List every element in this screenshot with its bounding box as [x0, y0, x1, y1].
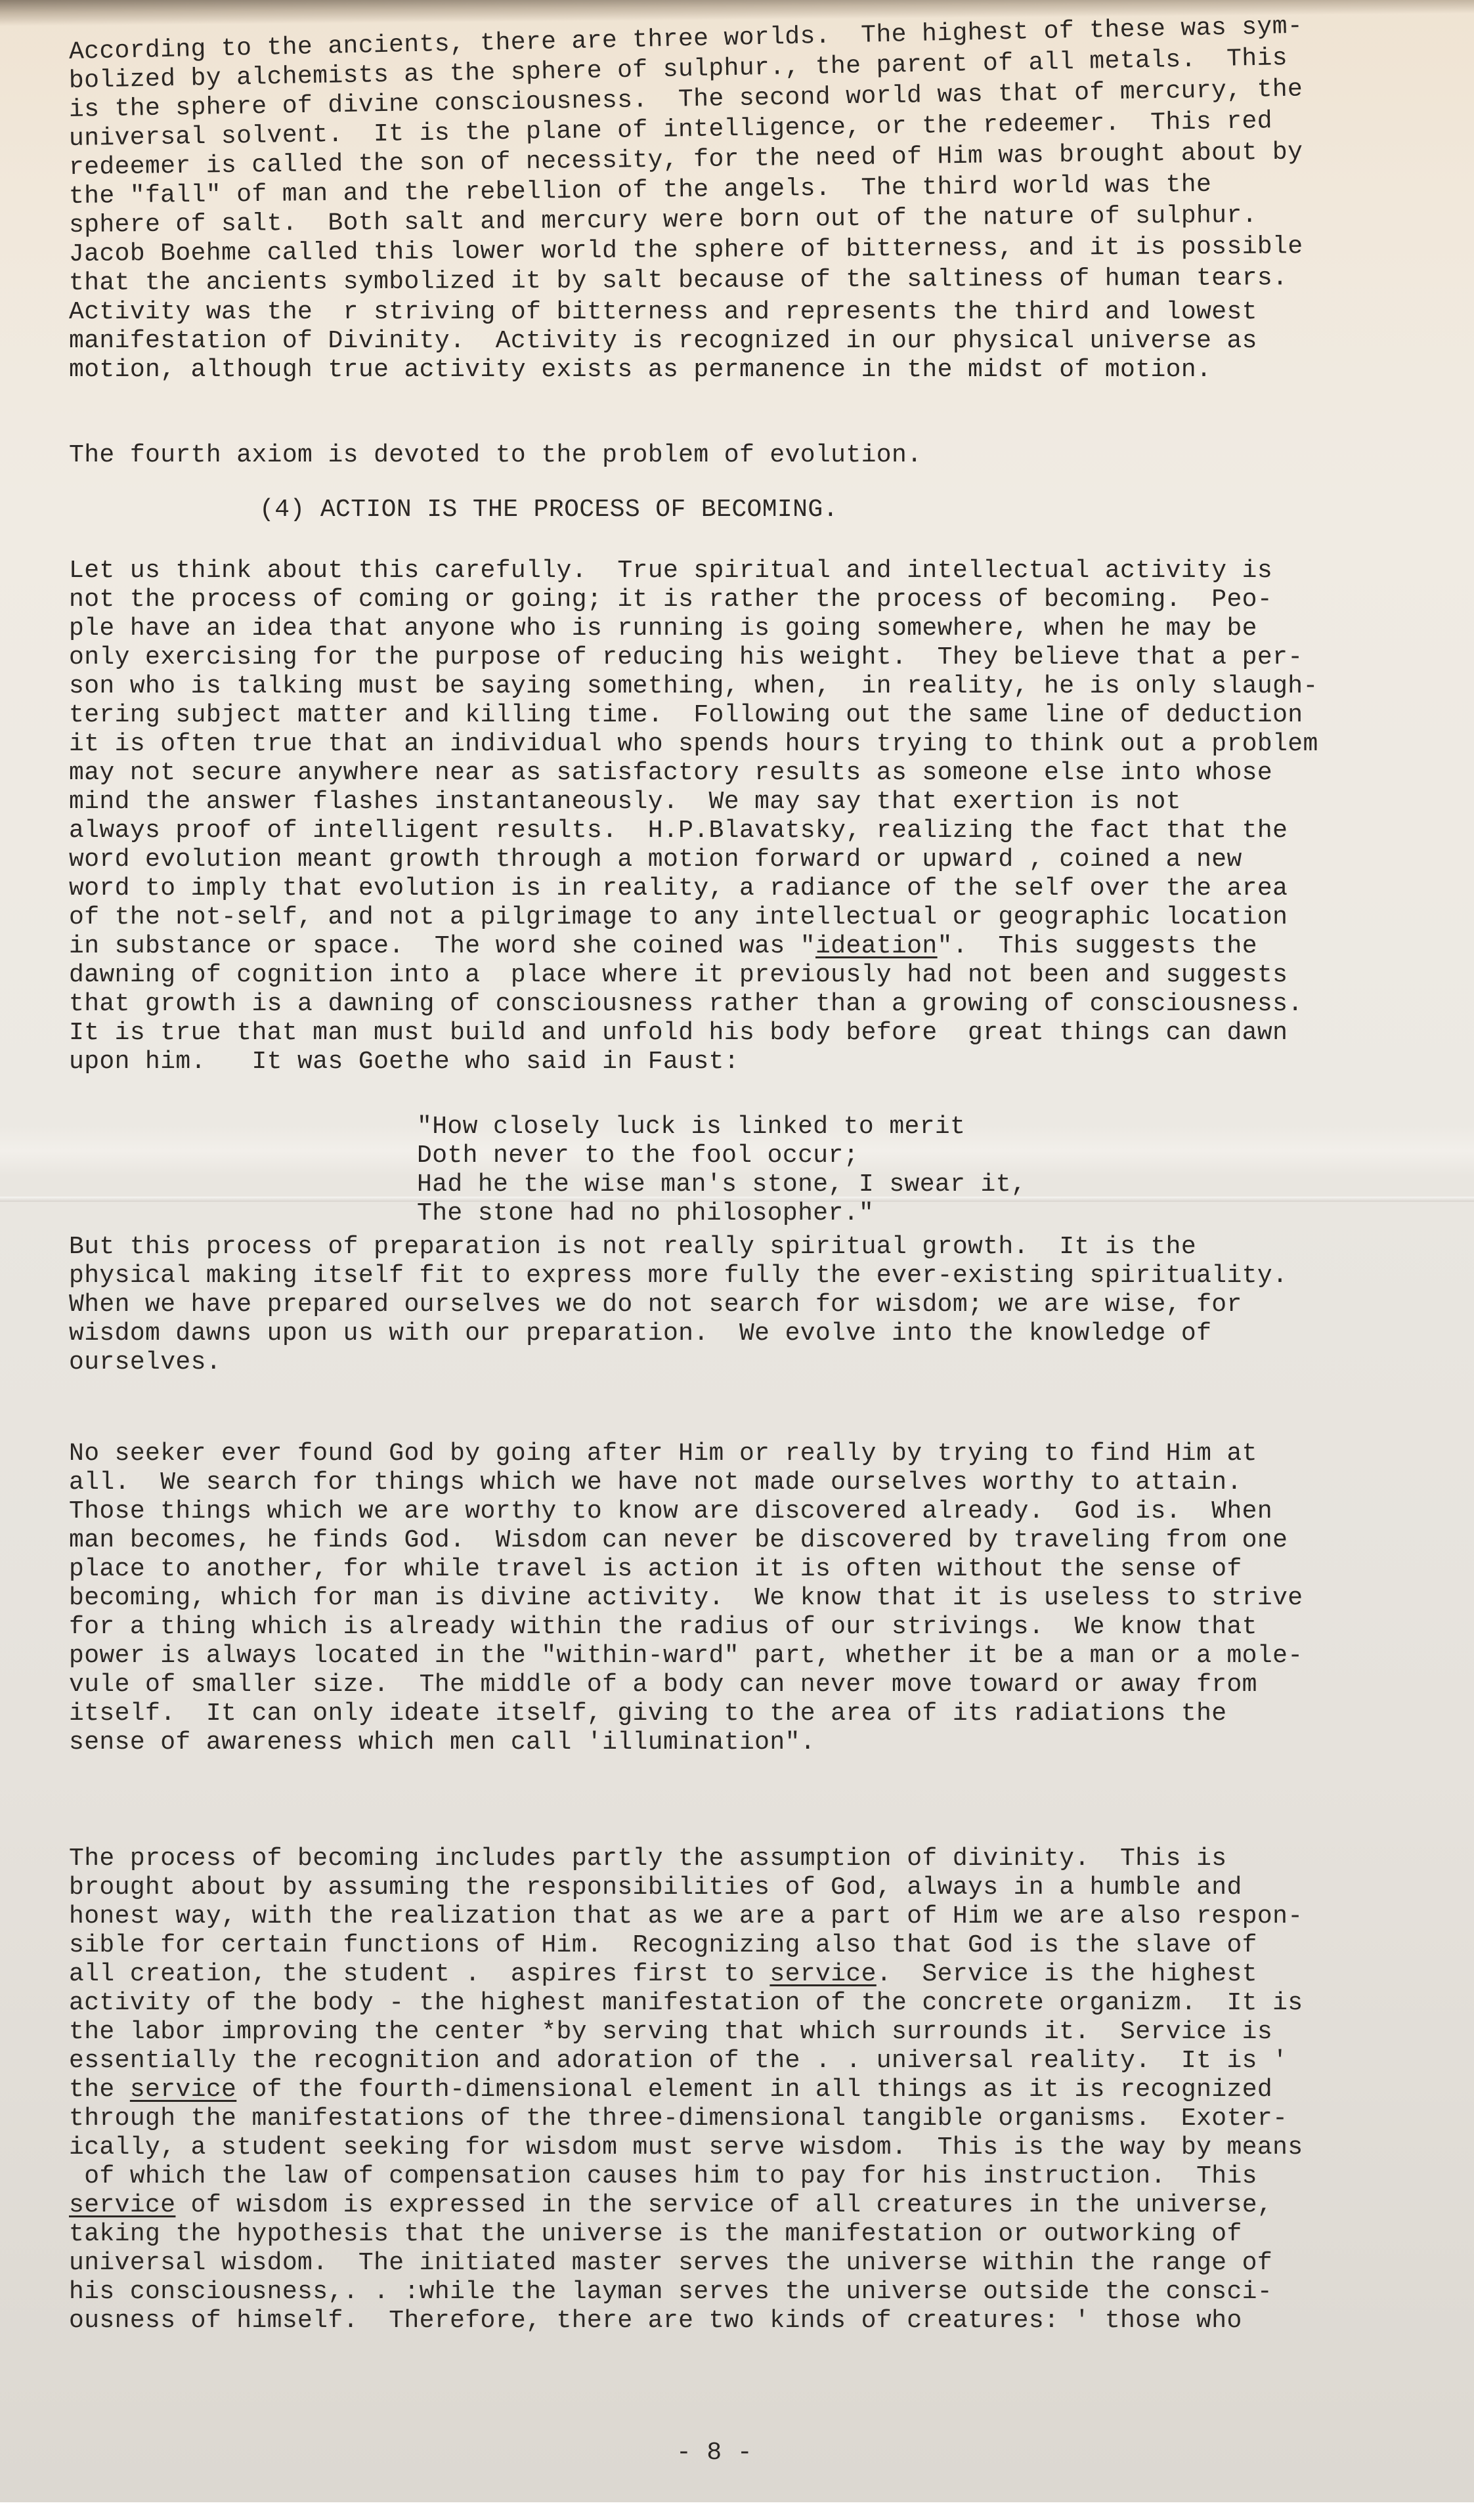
text-line: activity of the body - the highest manif… — [69, 1989, 1303, 2018]
text-line: honest way, with the realization that as… — [69, 1902, 1303, 1931]
text-line: word evolution meant growth through a mo… — [69, 845, 1242, 874]
text-line: wisdom dawns upon us with our preparatio… — [69, 1319, 1211, 1348]
text-line: itself. It can only ideate itself, givin… — [69, 1699, 1226, 1728]
quote-line: Had he the wise man's stone, I swear it, — [417, 1170, 1026, 1199]
text-line: universal wisdom. The initiated master s… — [69, 2249, 1272, 2278]
text-line: Those things which we are worthy to know… — [69, 1497, 1272, 1526]
text-line: It is true that man must build and unfol… — [69, 1019, 1288, 1048]
quote-line: Doth never to the fool occur; — [417, 1142, 859, 1170]
text-line: in substance or space. The word she coin… — [69, 932, 1257, 961]
text-line: dawning of cognition into a place where … — [69, 961, 1288, 990]
text-line: for a thing which is already within the … — [69, 1613, 1257, 1642]
text-line: becoming, which for man is divine activi… — [69, 1584, 1303, 1613]
text-line: sense of awareness which men call 'illum… — [69, 1728, 815, 1757]
text-line: only exercising for the purpose of reduc… — [69, 643, 1303, 672]
underlined-word: service — [130, 2076, 236, 2104]
text-line: may not secure anywhere near as satisfac… — [69, 759, 1272, 788]
quote-line: "How closely luck is linked to merit — [417, 1113, 965, 1142]
text-line: Activity was the r striving of bitternes… — [69, 298, 1257, 327]
text-line: sible for certain functions of Him. Reco… — [69, 1931, 1257, 1960]
text-line: place to another, for while travel is ac… — [69, 1555, 1242, 1584]
text-line: all. We search for things which we have … — [69, 1468, 1242, 1497]
text-line: the service of the fourth-dimensional el… — [69, 2076, 1272, 2104]
text-line: always proof of intelligent results. H.P… — [69, 817, 1288, 845]
text-line: The fourth axiom is devoted to the probl… — [69, 441, 922, 470]
text-line: physical making itself fit to express mo… — [69, 1262, 1288, 1291]
text-line: No seeker ever found God by going after … — [69, 1440, 1257, 1468]
text-line: tering subject matter and killing time. … — [69, 701, 1303, 730]
text-line: The process of becoming includes partly … — [69, 1845, 1226, 1873]
text-line: ically, a student seeking for wisdom mus… — [69, 2133, 1303, 2162]
quote-line: The stone had no philosopher." — [417, 1199, 874, 1228]
underlined-word: service — [69, 2191, 175, 2219]
text-line: all creation, the student . aspires firs… — [69, 1960, 1257, 1989]
text-line: service of wisdom is expressed in the se… — [69, 2191, 1272, 2220]
text-line: When we have prepared ourselves we do no… — [69, 1291, 1242, 1319]
text-line: mind the answer flashes instantaneously.… — [69, 788, 1181, 817]
text-line: Let us think about this carefully. True … — [69, 557, 1272, 586]
typed-page: According to the ancients, there are thr… — [0, 0, 1474, 2502]
text-line: not the process of coming or going; it i… — [69, 586, 1272, 614]
text-line: that the ancients symbolized it by salt … — [69, 264, 1288, 298]
text-line: of which the law of compensation causes … — [69, 2162, 1257, 2191]
text-line: through the manifestations of the three-… — [69, 2104, 1288, 2133]
text-line: it is often true that an individual who … — [69, 730, 1318, 759]
text-line: son who is talking must be saying someth… — [69, 672, 1318, 701]
text-line: essentially the recognition and adoratio… — [69, 2047, 1288, 2076]
section-heading: (4) ACTION IS THE PROCESS OF BECOMING. — [259, 496, 838, 524]
text-line: taking the hypothesis that the universe … — [69, 2220, 1242, 2249]
page-bottom-edge — [0, 2502, 1474, 2520]
text-line: But this process of preparation is not r… — [69, 1233, 1196, 1262]
underlined-word: ideation — [815, 932, 938, 960]
text-line: motion, although true activity exists as… — [69, 356, 1211, 385]
text-line: ple have an idea that anyone who is runn… — [69, 614, 1257, 643]
underlined-word: service — [770, 1960, 876, 1988]
text-line: his consciousness,. . :while the layman … — [69, 2278, 1272, 2307]
text-line: brought about by assuming the responsibi… — [69, 1873, 1242, 1902]
page-number: - 8 - — [676, 2439, 752, 2467]
text-line: manifestation of Divinity. Activity is r… — [69, 327, 1257, 356]
text-line: ousness of himself. Therefore, there are… — [69, 2307, 1242, 2336]
text-line: the labor improving the center *by servi… — [69, 2018, 1272, 2047]
text-line: vule of smaller size. The middle of a bo… — [69, 1671, 1257, 1699]
text-line: man becomes, he finds God. Wisdom can ne… — [69, 1526, 1288, 1555]
text-line: of the not-self, and not a pilgrimage to… — [69, 903, 1288, 932]
text-line: power is always located in the "within-w… — [69, 1642, 1303, 1671]
text-line: that growth is a dawning of consciousnes… — [69, 990, 1303, 1019]
text-line: word to imply that evolution is in reali… — [69, 874, 1288, 903]
text-line: ourselves. — [69, 1348, 221, 1377]
text-line: upon him. It was Goethe who said in Faus… — [69, 1048, 739, 1077]
